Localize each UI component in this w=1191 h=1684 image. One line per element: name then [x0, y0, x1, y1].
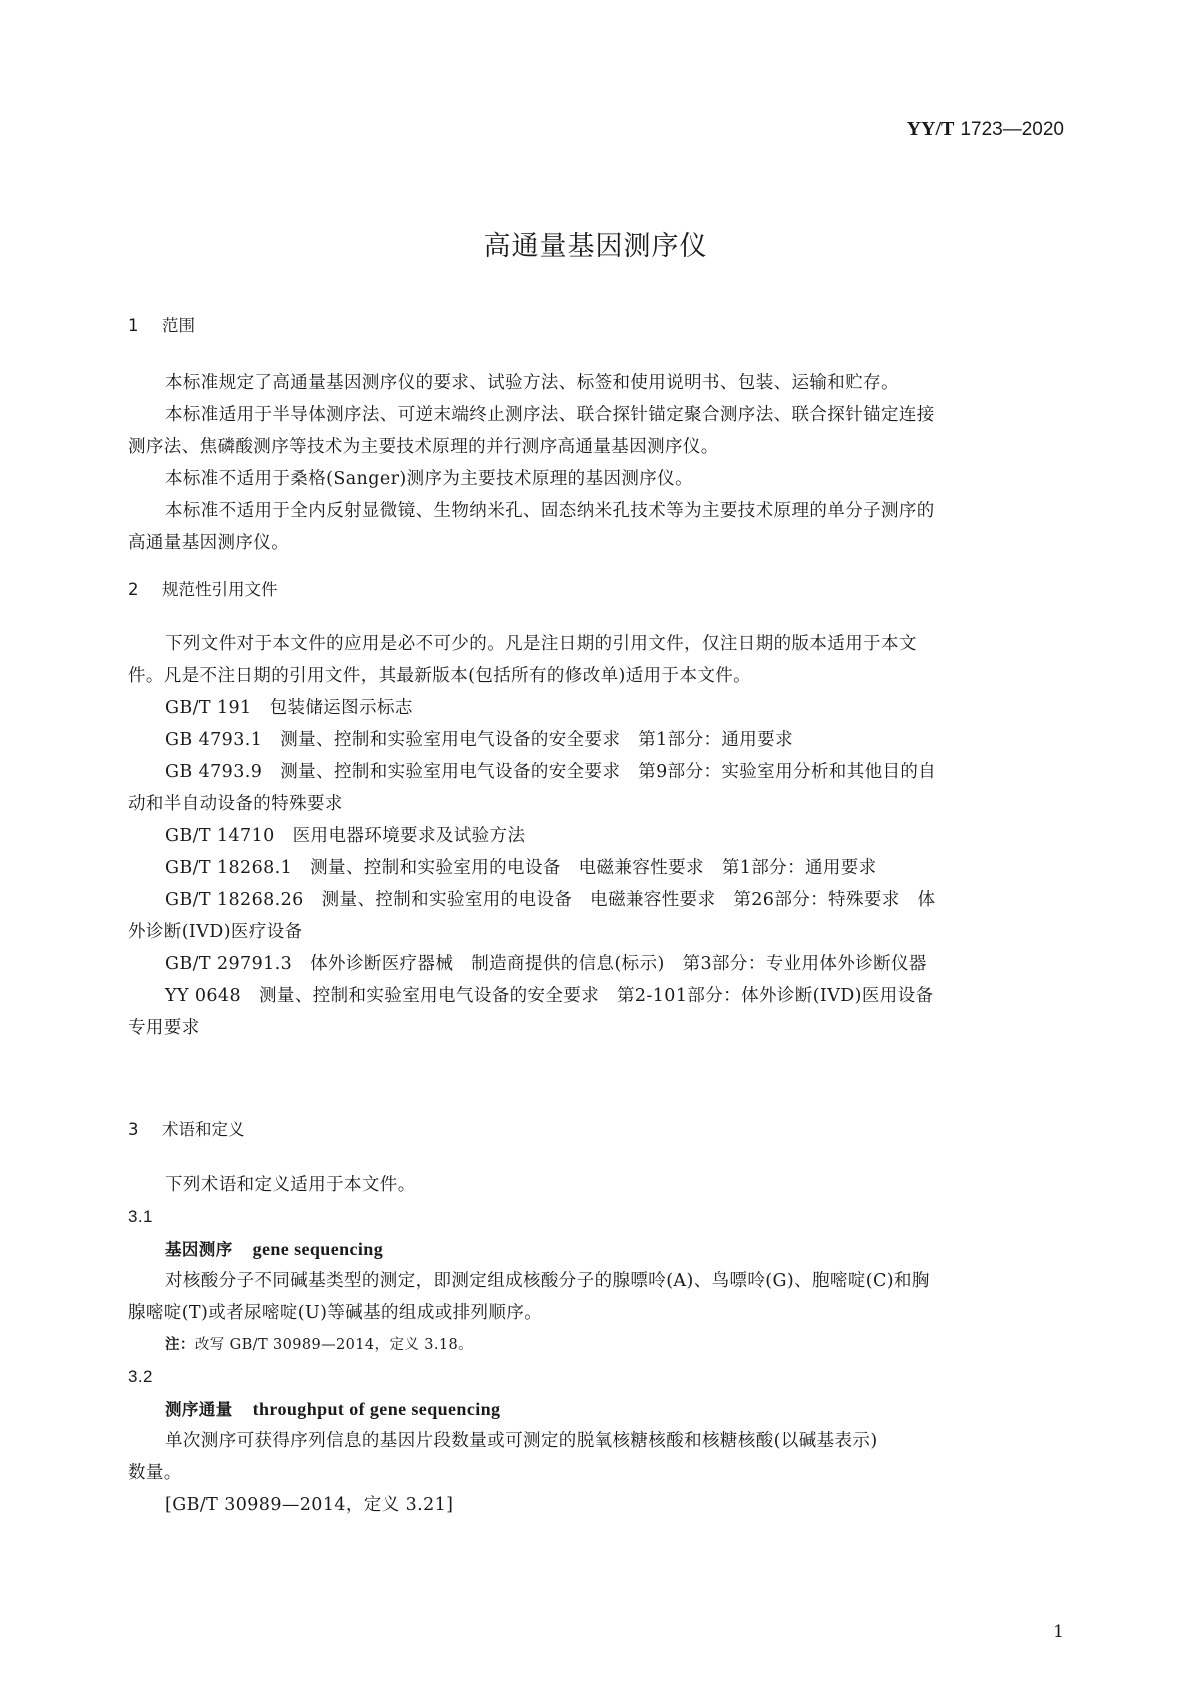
terms-intro: 下列术语和定义适用于本文件。	[128, 1169, 1063, 1201]
reference-item: GB/T 29791.3体外诊断医疗器械 制造商提供的信息(标示) 第3部分：专…	[128, 948, 1063, 980]
term-definition: 对核酸分子不同碱基类型的测定，即测定组成核酸分子的腺嘌呤(A)、鸟嘌呤(G)、胞…	[128, 1265, 1063, 1297]
term-note: 注：改写 GB/T 30989—2014，定义 3.18。	[128, 1329, 1063, 1361]
term-zh: 基因测序	[165, 1240, 233, 1259]
reference-code: GB/T 18268.1	[165, 858, 292, 878]
section-number: 2	[128, 580, 162, 599]
section-number: 3	[128, 1120, 162, 1139]
term-en: throughput of gene sequencing	[253, 1399, 501, 1419]
scope-paragraph-cont: 高通量基因测序仪。	[128, 527, 1063, 559]
refs-intro: 下列文件对于本文件的应用是必不可少的。凡是注日期的引用文件，仅注日期的版本适用于…	[128, 628, 1063, 660]
reference-title: 医用电器环境要求及试验方法	[293, 826, 526, 846]
reference-item: GB/T 14710医用电器环境要求及试验方法	[128, 820, 1063, 852]
section-2-heading: 2规范性引用文件	[128, 576, 278, 600]
note-label: 注：	[165, 1337, 195, 1353]
term-definition: 单次测序可获得序列信息的基因片段数量或可测定的脱氧核糖核酸和核糖核酸(以碱基表示…	[128, 1425, 1063, 1457]
document-title: 高通量基因测序仪	[0, 224, 1191, 263]
reference-item-cont: 外诊断(IVD)医疗设备	[128, 916, 1063, 948]
terms-body: 下列术语和定义适用于本文件。 3.1 基因测序gene sequencing 对…	[128, 1169, 1063, 1521]
reference-item: GB/T 191包装储运图示标志	[128, 692, 1063, 724]
scope-paragraph-cont: 测序法、焦磷酸测序等技术为主要技术原理的并行测序高通量基因测序仪。	[128, 431, 1063, 463]
scope-body: 本标准规定了高通量基因测序仪的要求、试验方法、标签和使用说明书、包装、运输和贮存…	[128, 367, 1063, 559]
reference-title: 测量、控制和实验室用电气设备的安全要求 第1部分：通用要求	[280, 730, 793, 750]
scope-paragraph: 本标准不适用于桑格(Sanger)测序为主要技术原理的基因测序仪。	[128, 463, 1063, 495]
section-title: 术语和定义	[162, 1120, 245, 1139]
reference-item: GB 4793.9测量、控制和实验室用电气设备的安全要求 第9部分：实验室用分析…	[128, 756, 1063, 788]
term-source: [GB/T 30989—2014，定义 3.21]	[128, 1489, 1063, 1521]
reference-title: 包装储运图示标志	[270, 698, 413, 718]
scope-paragraph: 本标准规定了高通量基因测序仪的要求、试验方法、标签和使用说明书、包装、运输和贮存…	[128, 367, 1063, 399]
page-number: 1	[1053, 1622, 1064, 1642]
section-number: 1	[128, 316, 162, 335]
reference-title: 测量、控制和实验室用电气设备的安全要求 第2-101部分：体外诊断(IVD)医用…	[259, 986, 933, 1006]
term-definition-cont: 腺嘧啶(T)或者尿嘧啶(U)等碱基的组成或排列顺序。	[128, 1297, 1063, 1329]
standard-code: YY/T 1723—2020	[907, 118, 1064, 141]
reference-code: GB/T 18268.26	[165, 890, 304, 910]
reference-code: GB/T 191	[165, 698, 252, 718]
scope-paragraph: 本标准不适用于全内反射显微镜、生物纳米孔、固态纳米孔技术等为主要技术原理的单分子…	[128, 495, 1063, 527]
term-en: gene sequencing	[253, 1239, 384, 1259]
note-text: 改写 GB/T 30989—2014，定义 3.18。	[195, 1337, 473, 1353]
scope-paragraph: 本标准适用于半导体测序法、可逆末端终止测序法、联合探针锚定聚合测序法、联合探针锚…	[128, 399, 1063, 431]
reference-code: YY 0648	[165, 986, 241, 1006]
reference-code: GB 4793.9	[165, 762, 262, 782]
section-3-heading: 3术语和定义	[128, 1116, 245, 1140]
term-zh: 测序通量	[165, 1400, 233, 1419]
reference-item: GB/T 18268.1测量、控制和实验室用的电设备 电磁兼容性要求 第1部分：…	[128, 852, 1063, 884]
reference-item: GB/T 18268.26测量、控制和实验室用的电设备 电磁兼容性要求 第26部…	[128, 884, 1063, 916]
reference-title: 体外诊断医疗器械 制造商提供的信息(标示) 第3部分：专业用体外诊断仪器	[310, 954, 927, 974]
reference-title: 测量、控制和实验室用电气设备的安全要求 第9部分：实验室用分析和其他目的自	[280, 762, 936, 782]
reference-item: GB 4793.1测量、控制和实验室用电气设备的安全要求 第1部分：通用要求	[128, 724, 1063, 756]
term-definition-cont: 数量。	[128, 1457, 1063, 1489]
reference-title: 测量、控制和实验室用的电设备 电磁兼容性要求 第1部分：通用要求	[310, 858, 876, 878]
section-title: 范围	[162, 316, 195, 335]
normative-refs-body: 下列文件对于本文件的应用是必不可少的。凡是注日期的引用文件，仅注日期的版本适用于…	[128, 628, 1063, 1044]
term-heading: 测序通量throughput of gene sequencing	[128, 1393, 1063, 1425]
term-heading: 基因测序gene sequencing	[128, 1233, 1063, 1265]
section-1-heading: 1范围	[128, 312, 195, 336]
reference-item-cont: 专用要求	[128, 1012, 1063, 1044]
reference-code: GB 4793.1	[165, 730, 262, 750]
reference-code: GB/T 29791.3	[165, 954, 292, 974]
reference-title: 测量、控制和实验室用的电设备 电磁兼容性要求 第26部分：特殊要求 体	[322, 890, 936, 910]
reference-code: GB/T 14710	[165, 826, 275, 846]
term-number: 3.1	[128, 1201, 1063, 1233]
term-number: 3.2	[128, 1361, 1063, 1393]
reference-item-cont: 动和半自动设备的特殊要求	[128, 788, 1063, 820]
standard-prefix: YY/T	[907, 118, 955, 140]
reference-item: YY 0648测量、控制和实验室用电气设备的安全要求 第2-101部分：体外诊断…	[128, 980, 1063, 1012]
standard-number: 1723—2020	[960, 119, 1064, 140]
refs-intro-cont: 件。凡是不注日期的引用文件，其最新版本(包括所有的修改单)适用于本文件。	[128, 660, 1063, 692]
section-title: 规范性引用文件	[162, 580, 278, 599]
